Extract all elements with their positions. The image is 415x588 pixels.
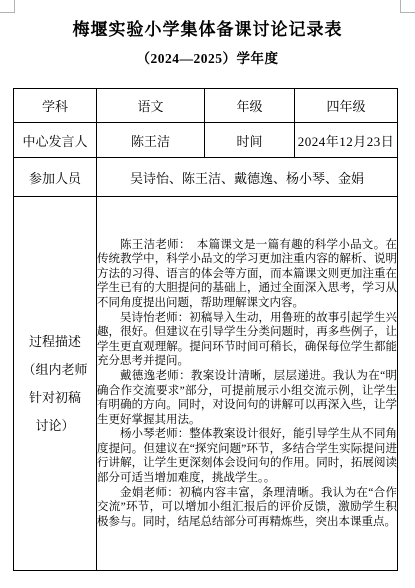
- discussion-paragraph: 陈王洁老师： 本篇课文是一篇有趣的科学小品文。在传统教学中，科学小品文的学习更加…: [97, 238, 397, 311]
- document-subtitle: （2024—2025）学年度: [0, 47, 415, 67]
- page-margin-mark-top-right: [400, 0, 415, 13]
- table-row-subject: 学科 语文 年级 四年级: [14, 89, 398, 123]
- participants-value-cell: 吴诗怡、陈王洁、戴德逸、杨小琴、金娟: [97, 158, 398, 197]
- page-margin-mark-top-left: [0, 0, 15, 13]
- process-label-line: 针对初稿: [14, 384, 96, 412]
- discussion-paragraph: 戴德逸老师：教案设计清晰，层层递进。我认为在“明确合作交流要求”部分，可提前展示…: [97, 369, 397, 427]
- process-label-line: 讨论）: [14, 412, 96, 440]
- discussion-paragraph: 吴诗怡老师：初稿导入生动，用鲁班的故事引起学生兴趣，很好。但建议在引导学生分类问…: [97, 311, 397, 369]
- grade-value-cell: 四年级: [295, 89, 398, 123]
- discussion-paragraph: 金娟老师：初稿内容丰富，条理清晰。我认为在“合作交流”环节，可以增加小组汇报后的…: [97, 486, 397, 530]
- discussion-paragraph: 杨小琴老师：整体教案设计很好，能引导学生从不同角度提问。但建议在“探究问题”环节…: [97, 427, 397, 485]
- process-content-cell: 陈王洁老师： 本篇课文是一篇有趣的科学小品文。在传统教学中，科学小品文的学习更加…: [97, 197, 398, 571]
- record-table: 学科 语文 年级 四年级 中心发言人 陈王洁 时间 2024年12月23日 参加…: [13, 88, 398, 571]
- table-row-participants: 参加人员 吴诗怡、陈王洁、戴德逸、杨小琴、金娟: [14, 158, 398, 197]
- subject-value-cell: 语文: [97, 89, 205, 123]
- document-page: 梅堰实验小学集体备课讨论记录表 （2024—2025）学年度 学科 语文 年级 …: [0, 0, 415, 588]
- process-label-line: 过程描述: [14, 328, 96, 356]
- table-row-process: 过程描述 （组内老师 针对初稿 讨论） 陈王洁老师： 本篇课文是一篇有趣的科学小…: [14, 197, 398, 571]
- speaker-value-cell: 陈王洁: [97, 123, 205, 158]
- speaker-label-cell: 中心发言人: [14, 123, 97, 158]
- time-value-cell: 2024年12月23日: [295, 123, 398, 158]
- process-label-line: （组内老师: [14, 356, 96, 384]
- table-row-speaker: 中心发言人 陈王洁 时间 2024年12月23日: [14, 123, 398, 158]
- grade-label-cell: 年级: [205, 89, 295, 123]
- document-title: 梅堰实验小学集体备课讨论记录表: [0, 15, 415, 40]
- participants-label-cell: 参加人员: [14, 158, 97, 197]
- subject-label-cell: 学科: [14, 89, 97, 123]
- time-label-cell: 时间: [205, 123, 295, 158]
- process-label-cell: 过程描述 （组内老师 针对初稿 讨论）: [14, 197, 97, 571]
